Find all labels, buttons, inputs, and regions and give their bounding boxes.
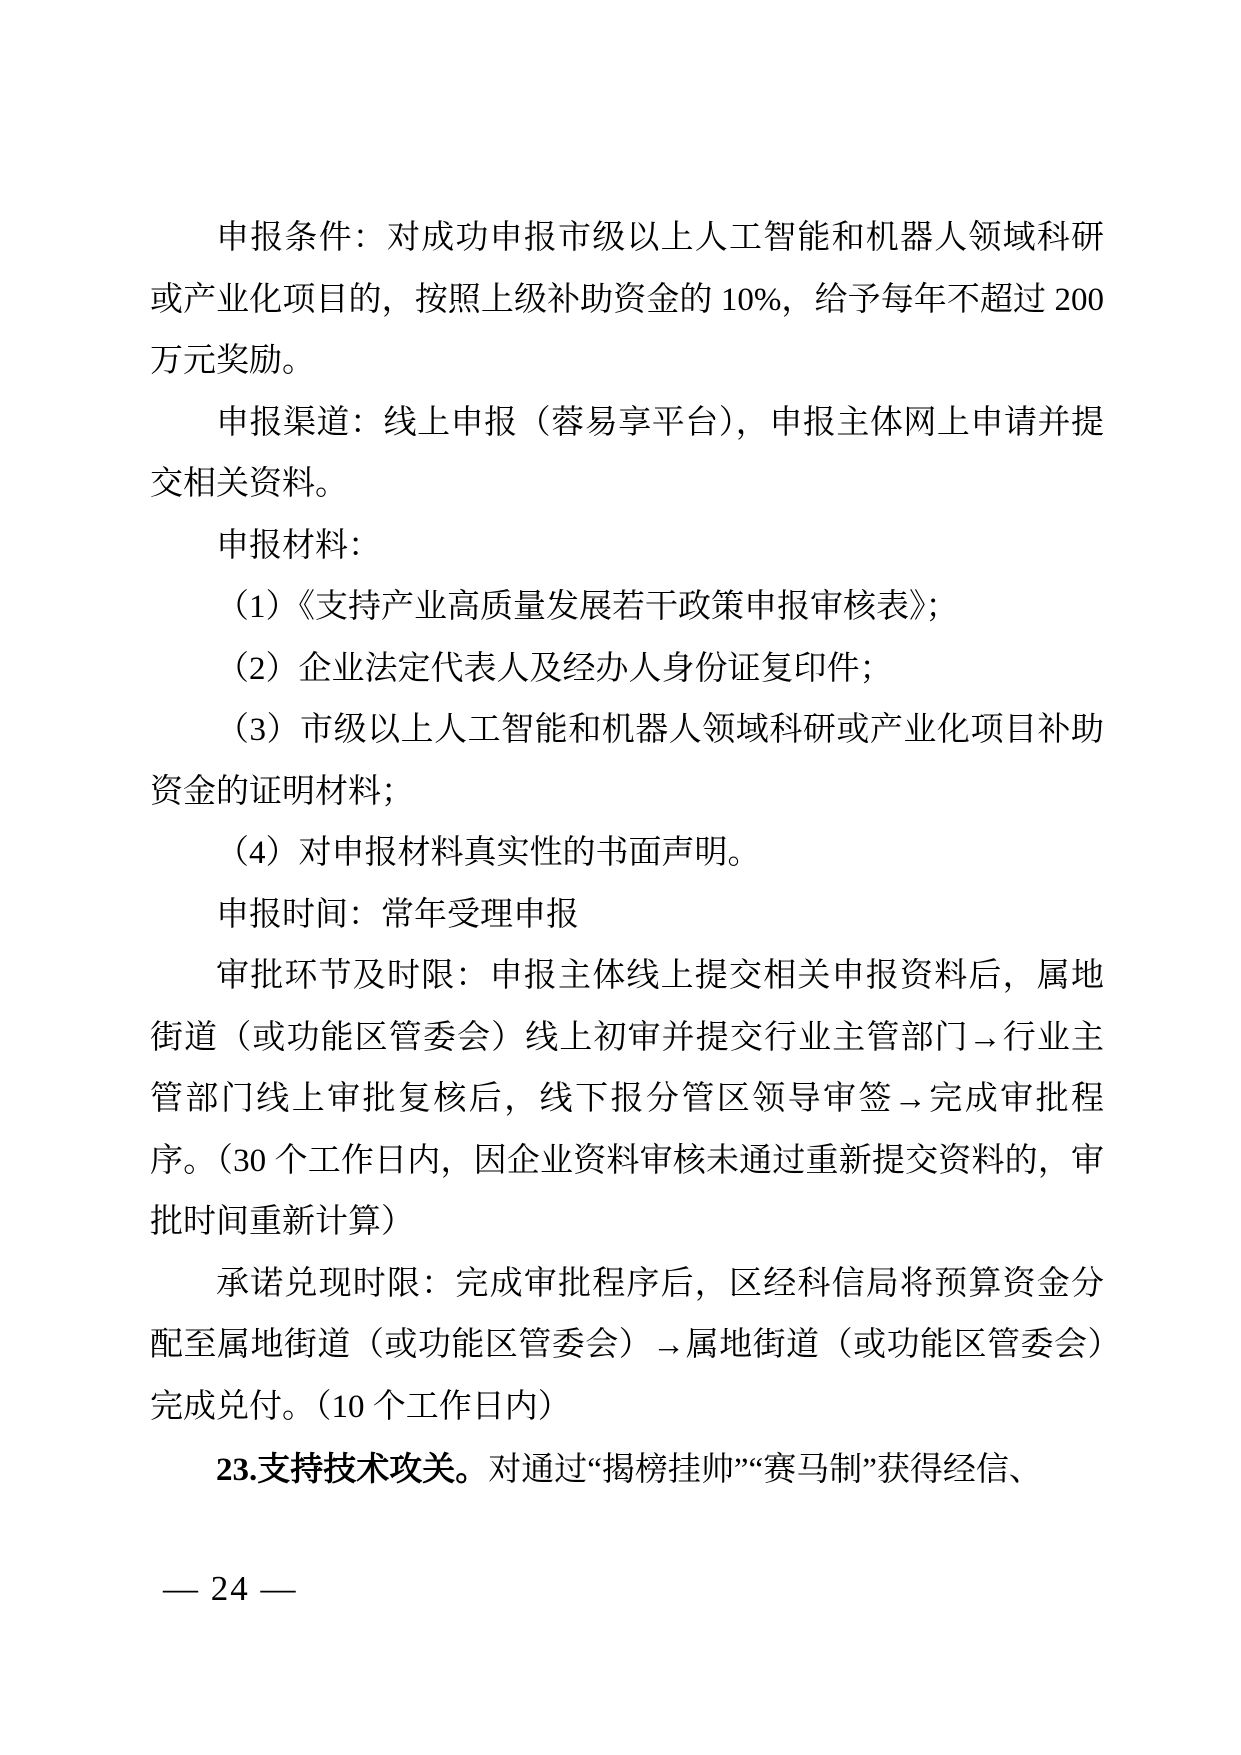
paragraph: （1）《支持产业高质量发展若干政策申报审核表》； xyxy=(150,577,1104,639)
paragraph-text: 申报渠道：线上申报（蓉易享平台），申报主体网上申请并提交相关资料。 xyxy=(150,405,1104,503)
paragraph: （3）市级以上人工智能和机器人领域科研或产业化项目补助资金的证明材料； xyxy=(150,700,1104,823)
paragraph-text: 对通过“揭榜挂帅”“赛马制”获得经信、 xyxy=(488,1452,1042,1488)
paragraph-text: 承诺兑现时限：完成审批程序后，区经科信局将预算资金分配至属地街道（或功能区管委会… xyxy=(150,1266,1104,1425)
document-body: 申报条件：对成功申报市级以上人工智能和机器人领域科研或产业化项目的，按照上级补助… xyxy=(150,208,1104,1502)
paragraph-text: （3）市级以上人工智能和机器人领域科研或产业化项目补助资金的证明材料； xyxy=(150,712,1104,810)
paragraph-text: 申报材料： xyxy=(216,528,381,564)
paragraph: 审批环节及时限：申报主体线上提交相关申报资料后，属地街道（或功能区管委会）线上初… xyxy=(150,946,1104,1254)
paragraph: 申报时间：常年受理申报 xyxy=(150,885,1104,947)
paragraph: 申报材料： xyxy=(150,516,1104,578)
paragraph-text: 申报条件：对成功申报市级以上人工智能和机器人领域科研或产业化项目的，按照上级补助… xyxy=(150,220,1104,379)
paragraph-bold-heading: 支持技术攻关。 xyxy=(257,1450,488,1487)
numbered-policy-paragraph: 23.支持技术攻关。对通过“揭榜挂帅”“赛马制”获得经信、 xyxy=(150,1438,1104,1502)
document-page: 申报条件：对成功申报市级以上人工智能和机器人领域科研或产业化项目的，按照上级补助… xyxy=(0,0,1241,1755)
paragraph: （4）对申报材料真实性的书面声明。 xyxy=(150,823,1104,885)
paragraph: 申报渠道：线上申报（蓉易享平台），申报主体网上申请并提交相关资料。 xyxy=(150,393,1104,516)
paragraph: 申报条件：对成功申报市级以上人工智能和机器人领域科研或产业化项目的，按照上级补助… xyxy=(150,208,1104,393)
paragraph: 承诺兑现时限：完成审批程序后，区经科信局将预算资金分配至属地街道（或功能区管委会… xyxy=(150,1254,1104,1439)
paragraph-text: （4）对申报材料真实性的书面声明。 xyxy=(216,835,761,871)
paragraph-text: （1）《支持产业高质量发展若干政策申报审核表》； xyxy=(216,589,959,625)
paragraph-number: 23. xyxy=(216,1452,257,1488)
paragraph-text: 申报时间：常年受理申报 xyxy=(216,897,579,933)
page-number-footer: — 24 — xyxy=(163,1567,298,1611)
paragraph-text: （2）企业法定代表人及经办人身份证复印件； xyxy=(216,651,893,687)
paragraph-text: 审批环节及时限：申报主体线上提交相关申报资料后，属地街道（或功能区管委会）线上初… xyxy=(150,958,1104,1240)
paragraph: （2）企业法定代表人及经办人身份证复印件； xyxy=(150,639,1104,701)
